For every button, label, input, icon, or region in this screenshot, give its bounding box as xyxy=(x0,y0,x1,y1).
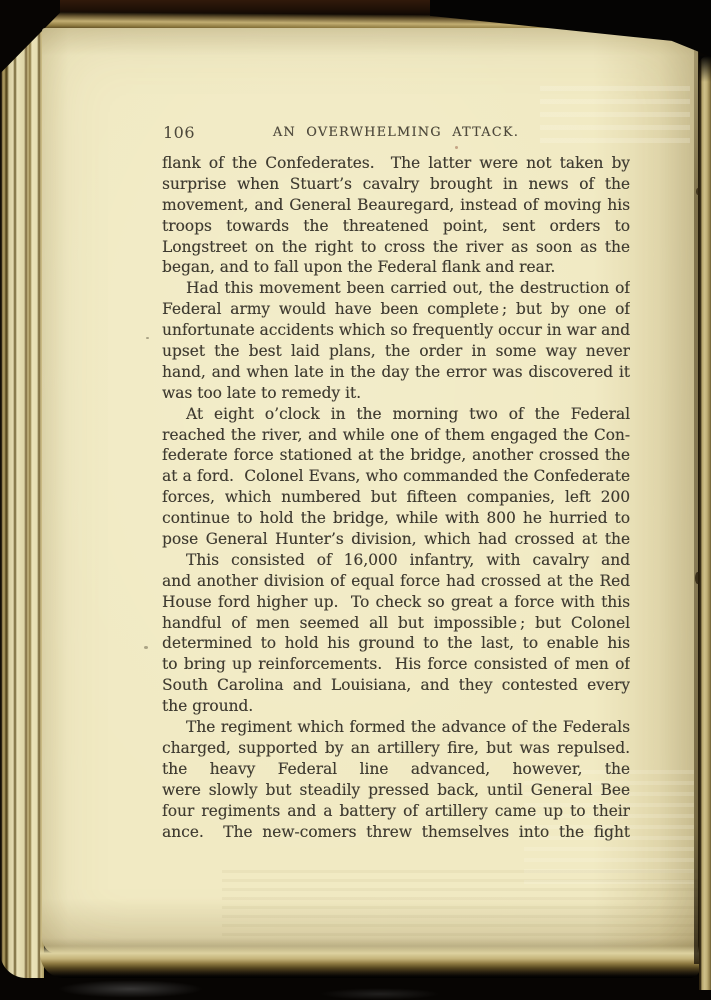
text-block: flank of the Confederates. The latter we… xyxy=(162,153,630,842)
text-line: were slowly but steadily pressed back, u… xyxy=(162,780,630,801)
text-line: handful of men seemed all but impossible… xyxy=(162,613,630,634)
edge-blemish xyxy=(695,572,700,584)
book-photo: 106 AN OVERWHELMING ATTACK. flank of the… xyxy=(0,0,711,1000)
paper-speck xyxy=(146,337,149,339)
book-page: 106 AN OVERWHELMING ATTACK. flank of the… xyxy=(42,28,698,954)
text-line: Federal army would have been complete ; … xyxy=(162,299,630,320)
text-line: The regiment which formed the advance of… xyxy=(162,717,630,738)
text-line: hand, and when late in the day the error… xyxy=(162,362,630,383)
text-line: four regiments and a battery of artiller… xyxy=(162,801,630,822)
background-smudge xyxy=(58,980,203,998)
text-line: upset the best laid plans, the order in … xyxy=(162,341,630,362)
text-line: Had this movement been carried out, the … xyxy=(162,278,630,299)
text-line: was too late to remedy it. xyxy=(162,383,630,404)
text-line: unfortunate accidents which so frequentl… xyxy=(162,320,630,341)
text-line: pose General Hunter’s division, which ha… xyxy=(162,529,630,550)
next-page-edge xyxy=(699,56,711,990)
text-line: reached the river, and while one of them… xyxy=(162,425,630,446)
page-edges-bottom xyxy=(40,938,700,978)
text-line: Longstreet on the right to cross the riv… xyxy=(162,237,630,258)
text-line: At eight o’clock in the morning two of t… xyxy=(162,404,630,425)
paper-speck xyxy=(455,146,458,149)
text-line: at a ford. Colonel Evans, who commanded … xyxy=(162,466,630,487)
text-line: flank of the Confederates. The latter we… xyxy=(162,153,630,174)
text-line: and another division of equal force had … xyxy=(162,571,630,592)
text-line: ance. The new-comers threw themselves in… xyxy=(162,822,630,843)
background-smudge xyxy=(320,988,440,1000)
text-line: determined to hold his ground to the las… xyxy=(162,633,630,654)
paper-texture-streaks xyxy=(222,870,698,942)
text-line: This consisted of 16,000 infantry, with … xyxy=(162,550,630,571)
text-line: the heavy Federal line advanced, however… xyxy=(162,759,630,780)
edge-blemish xyxy=(696,188,700,195)
text-line: charged, supported by an artillery fire,… xyxy=(162,738,630,759)
page-header: 106 AN OVERWHELMING ATTACK. xyxy=(162,123,630,141)
page-edges-left-stack xyxy=(0,16,44,978)
text-line: South Carolina and Louisiana, and they c… xyxy=(162,675,630,696)
paper-speck xyxy=(144,646,148,649)
running-head: AN OVERWHELMING ATTACK. xyxy=(162,125,630,140)
text-line: forces, which numbered but fifteen compa… xyxy=(162,487,630,508)
text-line: surprise when Stuart’s cavalry brought i… xyxy=(162,174,630,195)
text-line: movement, and General Beauregard, instea… xyxy=(162,195,630,216)
text-line: began, and to fall upon the Federal flan… xyxy=(162,257,630,278)
text-line: the ground. xyxy=(162,696,630,717)
text-line: continue to hold the bridge, while with … xyxy=(162,508,630,529)
text-line: to bring up reinforcements. His force co… xyxy=(162,654,630,675)
text-line: House ford higher up. To check so great … xyxy=(162,592,630,613)
text-line: federate force stationed at the bridge, … xyxy=(162,445,630,466)
text-line: troops towards the threatened point, sen… xyxy=(162,216,630,237)
